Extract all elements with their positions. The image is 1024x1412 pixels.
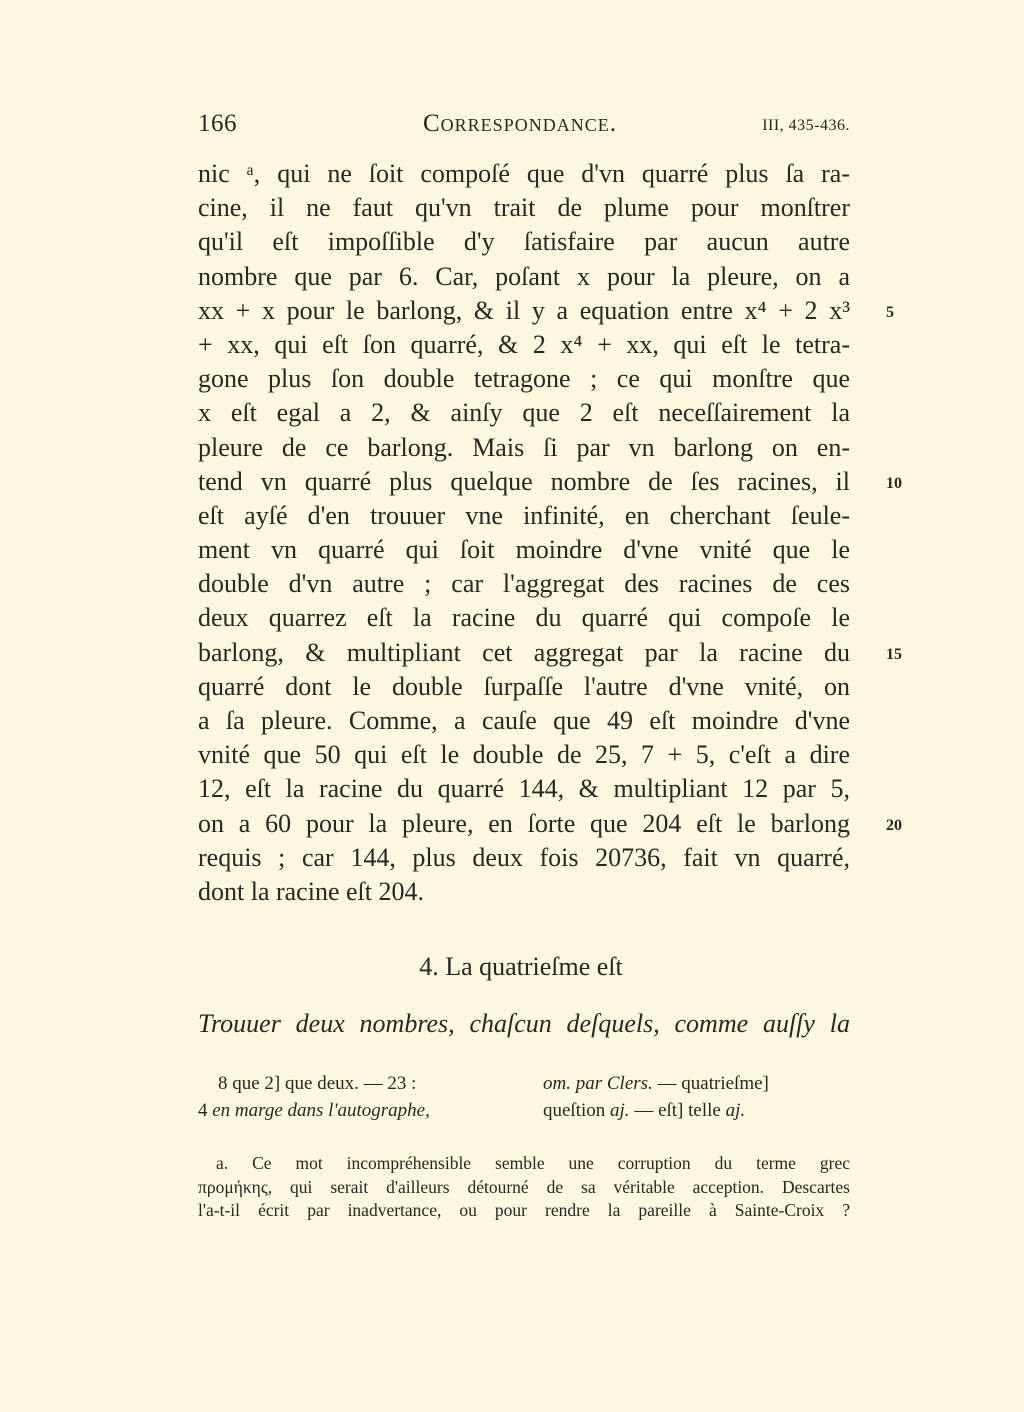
text-line: 12, eſt la racine du quarré 144, & multi… [198, 772, 850, 806]
book-page: 166 Correspondance. III, 435-436. nic ᵃ,… [0, 0, 1024, 1412]
text-line: nic ᵃ, qui ne ſoit compoſé que d'vn quar… [198, 157, 850, 191]
variant-italic: aj. [726, 1100, 746, 1121]
text-line-content: on a 60 pour la pleure, en ſorte que 204… [198, 809, 850, 838]
body-text: nic ᵃ, qui ne ſoit compoſé que d'vn quar… [198, 157, 850, 909]
footnote-line: l'a-t-il écrit par inadvertance, ou pour… [198, 1199, 850, 1223]
variant-row: 8 que 2] que deux. — 23 : om. par Clers.… [198, 1070, 854, 1097]
text-line-content: vnité que 50 qui eſt le double de 25, 7 … [198, 740, 850, 769]
text-line-content: tend vn quarré plus quelque nombre de ſe… [198, 467, 850, 496]
variant-left: 4 en marge dans l'autographe, [198, 1097, 430, 1124]
text-line-content: nic ᵃ, qui ne ſoit compoſé que d'vn quar… [198, 159, 850, 188]
margin-line-number: 20 [886, 809, 902, 843]
variant-text: — quatrieſme] [653, 1073, 769, 1094]
text-line-content: barlong, & multipliant cet aggregat par … [198, 638, 850, 667]
text-line: tend vn quarré plus quelque nombre de ſe… [198, 465, 850, 499]
text-line-content: quarré dont le double ſurpaſſe l'autre d… [198, 672, 850, 701]
text-line-content: a ſa pleure. Comme, a cauſe que 49 eſt m… [198, 706, 850, 735]
text-line: requis ; car 144, plus deux fois 20736, … [198, 841, 850, 875]
text-line-content: pleure de ce barlong. Mais ſi par vn bar… [198, 433, 850, 462]
variant-text: — eſt] telle [630, 1100, 726, 1121]
running-head: 166 Correspondance. III, 435-436. [198, 106, 850, 142]
variant-line-number: 4 [198, 1100, 208, 1121]
text-line: dont la racine eſt 204. [198, 875, 850, 909]
text-line-content: requis ; car 144, plus deux fois 20736, … [198, 843, 850, 872]
running-title: Correspondance. [423, 106, 617, 142]
text-line: qu'il eſt impoſſible d'y ſatisfaire par … [198, 225, 850, 259]
footnote-line: a. Ce mot incompréhensible semble une co… [198, 1152, 850, 1176]
text-line: eſt ayſé d'en trouuer vne infinité, en c… [198, 499, 850, 533]
text-line: + xx, qui eſt ſon quarré, & 2 x⁴ + xx, q… [198, 328, 850, 362]
text-line-content: deux quarrez eſt la racine du quarré qui… [198, 603, 850, 632]
text-line-content: qu'il eſt impoſſible d'y ſatisfaire par … [198, 227, 850, 256]
text-line: a ſa pleure. Comme, a cauſe que 49 eſt m… [198, 704, 850, 738]
margin-line-number: 15 [886, 638, 902, 672]
page-number: 166 [198, 106, 237, 142]
text-line-content: gone plus ſon double tetragone ; ce qui … [198, 364, 850, 393]
text-line: vnité que 50 qui eſt le double de 25, 7 … [198, 738, 850, 772]
text-line: nombre que par 6. Car, poſant x pour la … [198, 260, 850, 294]
text-line-content: eſt ayſé d'en trouuer vne infinité, en c… [198, 501, 850, 530]
variant-italic: en marge dans l'autographe, [212, 1100, 430, 1121]
variant-row: 4 en marge dans l'autographe, queſtion a… [198, 1097, 854, 1124]
text-line: pleure de ce barlong. Mais ſi par vn bar… [198, 431, 850, 465]
text-line-content: x eſt egal a 2, & ainſy que 2 eſt neceſſ… [198, 398, 850, 427]
text-line: deux quarrez eſt la racine du quarré qui… [198, 601, 850, 635]
textual-variants: 8 que 2] que deux. — 23 : om. par Clers.… [198, 1070, 854, 1124]
volume-page-reference: III, 435-436. [762, 108, 850, 144]
footnote-line: προμήκης, qui serait d'ailleurs détourné… [198, 1176, 850, 1200]
text-line-content: dont la racine eſt 204. [198, 877, 424, 906]
variant-italic: aj. [610, 1100, 630, 1121]
text-line-content: double d'vn autre ; car l'aggregat des r… [198, 569, 850, 598]
text-line: barlong, & multipliant cet aggregat par … [198, 636, 850, 670]
text-line: quarré dont le double ſurpaſſe l'autre d… [198, 670, 850, 704]
text-line: cine, il ne faut qu'vn trait de plume po… [198, 191, 850, 225]
margin-line-number: 5 [886, 296, 894, 330]
text-line: gone plus ſon double tetragone ; ce qui … [198, 362, 850, 396]
text-line-content: nombre que par 6. Car, poſant x pour la … [198, 262, 850, 291]
text-line: on a 60 pour la pleure, en ſorte que 204… [198, 807, 850, 841]
text-line-content: + xx, qui eſt ſon quarré, & 2 x⁴ + xx, q… [198, 330, 850, 359]
variant-right: queſtion aj. — eſt] telle aj. [543, 1097, 745, 1124]
text-line: double d'vn autre ; car l'aggregat des r… [198, 567, 850, 601]
margin-line-number: 10 [886, 467, 902, 501]
text-line-content: ment vn quarré qui ſoit moindre d'vne vn… [198, 535, 850, 564]
variant-text: queſtion [543, 1100, 610, 1121]
variant-right: om. par Clers. — quatrieſme] [543, 1070, 769, 1097]
section-heading: 4. La quatrieſme eſt [0, 950, 1024, 984]
text-line: x eſt egal a 2, & ainſy que 2 eſt neceſſ… [198, 396, 850, 430]
text-line-content: 12, eſt la racine du quarré 144, & multi… [198, 774, 850, 803]
problem-statement: Trouuer deux nombres, chaſcun deſquels, … [198, 1007, 850, 1041]
text-line: ment vn quarré qui ſoit moindre d'vne vn… [198, 533, 850, 567]
text-line: xx + x pour le barlong, & il y a equatio… [198, 294, 850, 328]
footnote: a. Ce mot incompréhensible semble une co… [198, 1152, 850, 1223]
variant-italic: om. par Clers. [543, 1073, 653, 1094]
text-line-content: xx + x pour le barlong, & il y a equatio… [198, 296, 850, 325]
section-heading-text: 4. La quatrieſme eſt [401, 952, 623, 981]
text-line-content: cine, il ne faut qu'vn trait de plume po… [198, 193, 850, 222]
variant-left: 8 que 2] que deux. — 23 : [198, 1070, 416, 1097]
